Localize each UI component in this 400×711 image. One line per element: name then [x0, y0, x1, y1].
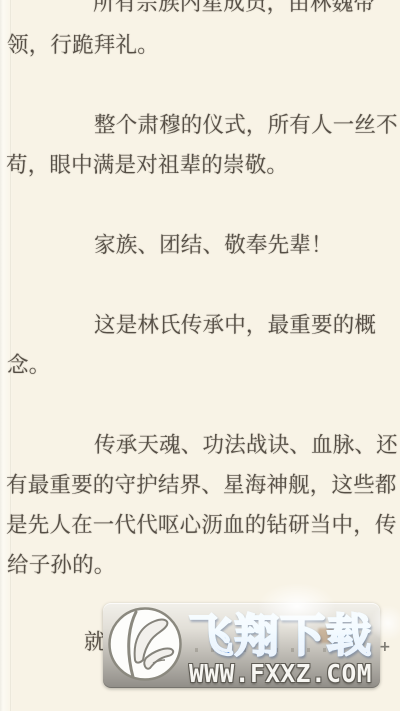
text-line: 整个肃穆的仪式，所有人一丝不	[94, 114, 398, 138]
text-line: 是先人在一代代呕心沥血的钻研当中，传	[6, 514, 397, 538]
fxxz-wing-logo-icon	[106, 605, 184, 683]
text-line: 这是林氏传承中，最重要的概	[94, 314, 376, 338]
text-line: 有最重要的守护结界、星海神舰，这些都	[6, 474, 397, 498]
text-line: 领，行跪拜礼。	[7, 34, 159, 58]
text-line: 家族、团结、敬奉先辈！	[94, 234, 333, 258]
text-line: 所有宗族内星成员，由林魏带	[93, 0, 375, 16]
text-line: 苟，眼中满是对祖辈的崇敬。	[6, 154, 288, 178]
stray-mark: +	[379, 640, 391, 654]
text-line: 传承天魂、功法战诀、血脉、还	[94, 434, 398, 458]
watermark-url: WWW.FXXZ.COM	[189, 661, 372, 686]
watermark-title: 飞翔下载	[188, 611, 372, 661]
text-line: 给子孙的。	[7, 554, 116, 578]
text-line: 念。	[7, 354, 50, 378]
